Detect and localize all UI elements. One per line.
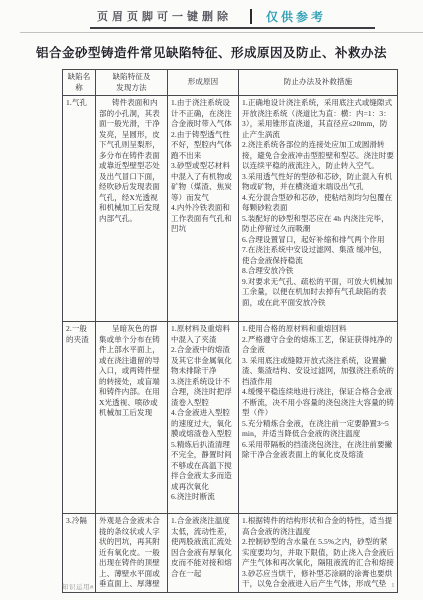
footer-page-number: 1 xyxy=(391,582,395,591)
table-row: 2.一般的夹渣 呈暗灰色的群集或单个分布在铸件上部水平面上，或在浇注遗留的导入口… xyxy=(63,322,398,514)
cell-causes: 1.合金液浇注温度太低，流动性差，使两股液流汇流处因合金液有厚氧化皮而不能对接和… xyxy=(168,514,239,593)
page-footer: 知识运用# 1 xyxy=(62,582,395,591)
defects-table: 缺陷名称 缺陷特征及 发现方法 形成原因 防止办法及补救措施 1.气孔 铸件表面… xyxy=(62,69,398,593)
cell-prevention: 1.根据铸件的结构形状和合金的特性，适当提高合金液的浇注温度 2.控制砂型的含水… xyxy=(239,514,398,593)
table-row: 3.冷隔 外观是合金液未合拢的条纹状或人字状的凹坑，再其附近有氧化皮。一般出现在… xyxy=(63,514,398,593)
cell-defect-name: 2.一般的夹渣 xyxy=(63,322,96,514)
header-rule-dark xyxy=(90,27,375,29)
footer-tag: 知识运用# xyxy=(62,582,94,591)
column-header-defect-name: 缺陷名称 xyxy=(63,70,96,96)
cell-causes: 1.由于浇注系统设计不正确，在浇注合金液时带入气体 2.由于铸型透气性不好，型腔… xyxy=(168,96,239,322)
cell-causes: 1.原材料及重熔料中混入了夹渣 2.合金液中的熔渣及其它非金属氧化物未排除干净 … xyxy=(168,322,239,514)
header-left-text: 页眉页脚可一键删除 xyxy=(97,8,232,24)
cell-prevention: 1.正确地设计浇注系统，采用底注式或缝隙式开放浇注系统（浇道比为直：横：内=1：… xyxy=(239,96,398,322)
cell-features: 呈暗灰色的群集或单个分布在铸件上部水平面上，或在浇注遗留的导入口，或两铸件壁的转… xyxy=(96,322,168,514)
cell-features: 外观是合金液未合拢的条纹状或人字状的凹坑，再其附近有氧化皮。一般出现在铸件的顶壁… xyxy=(96,514,168,593)
table-row: 1.气孔 铸件表面和内部的小孔洞，其表面一般光滑，干净发亮，呈圆形，皮下气孔则呈… xyxy=(63,96,398,322)
cell-defect-name: 3.冷隔 xyxy=(63,514,96,593)
cell-defect-name: 1.气孔 xyxy=(63,96,96,322)
column-header-causes: 形成原因 xyxy=(168,70,239,96)
header-right-text: 仅供参考 xyxy=(266,8,326,25)
document-page: 页眉页脚可一键删除 仅供参考 铝合金砂型铸造件常见缺陷特征、形成原因及防止、补救… xyxy=(0,0,423,593)
column-header-prevention: 防止办法及补救措施 xyxy=(239,70,398,96)
page-title: 铝合金砂型铸造件常见缺陷特征、形成原因及防止、补救办法 xyxy=(0,43,423,61)
header-bar: 页眉页脚可一键删除 仅供参考 xyxy=(0,0,423,24)
header-rule-light xyxy=(20,32,423,33)
header-divider xyxy=(250,9,252,24)
table-header-row: 缺陷名称 缺陷特征及 发现方法 形成原因 防止办法及补救措施 xyxy=(63,70,398,96)
cell-prevention: 1.使用合格的原材料和重熔回料 2.严格遵守合金的熔炼工艺，保证获得纯净的合金液… xyxy=(239,322,398,514)
column-header-features: 缺陷特征及 发现方法 xyxy=(96,70,168,96)
cell-features: 铸件表面和内部的小孔洞，其表面一般光滑，干净发亮，呈圆形，皮下气孔则呈梨形，多分… xyxy=(96,96,168,322)
